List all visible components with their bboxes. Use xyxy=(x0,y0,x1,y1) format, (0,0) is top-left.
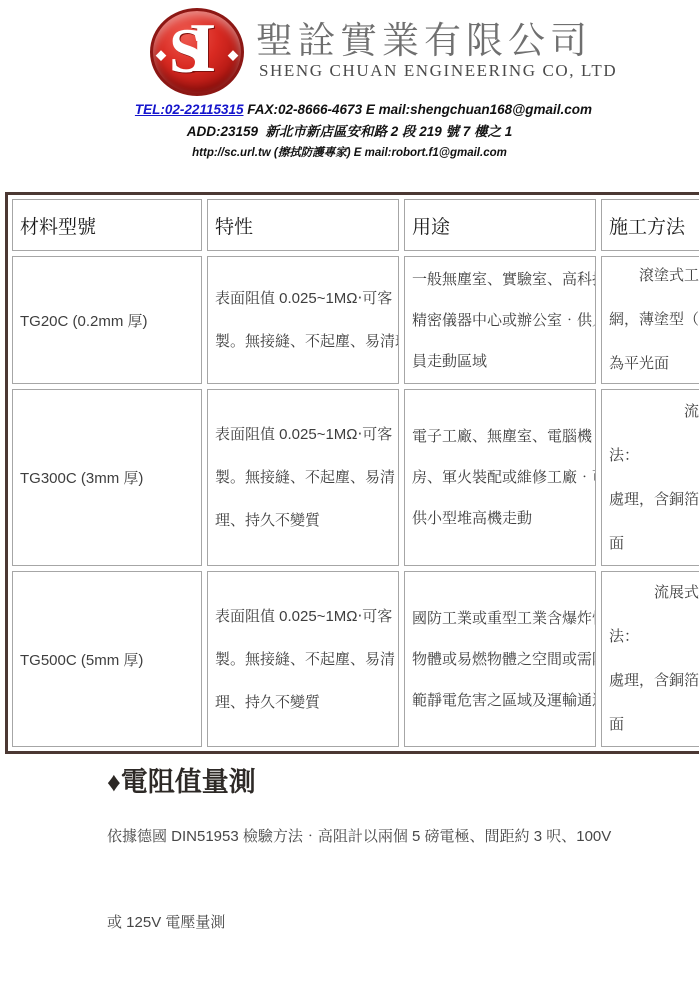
contact-line-website: http://sc.url.tw (擦拭防護專家) E mail:robort.… xyxy=(0,144,699,160)
table-row-tg300c-model: TG300C (3mm 厚) xyxy=(12,389,202,566)
method-value: 流展式工 法： 處理，含銅箔網（一般 面 xyxy=(609,390,699,566)
column-header-construction-method: 施工方法 xyxy=(601,199,699,251)
resistance-measurement-heading: ♦電阻值量測 xyxy=(107,760,256,799)
company-name-chinese: 聖詮實業有限公司 xyxy=(256,10,592,64)
feature-value: 表面阻值 0.025~1MΩ‧可客 製。無接縫、不起塵、易清 理、持久不變質 xyxy=(215,595,395,724)
logo-letter-i: I xyxy=(189,9,216,89)
company-name-english: SHENG CHUAN ENGINEERING CO, LTD xyxy=(259,61,617,81)
column-header-label: 特性 xyxy=(215,212,253,239)
method-value: 流展式工法 法： 處理，含銅箔網（一般 面 xyxy=(609,571,699,747)
contact-block: TEL:02-22115315 FAX:02-8666-4673 E mail:… xyxy=(0,102,699,160)
contact-line-tel-fax-email: TEL:02-22115315 FAX:02-8666-4673 E mail:… xyxy=(0,102,699,117)
column-header-label: 用途 xyxy=(412,212,450,239)
usage-value: 國防工業或重型工業含爆炸性 物體或易燃物體之空間或需防 範靜電危害之區域及運輸通… xyxy=(412,598,596,721)
column-header-label: 材料型號 xyxy=(20,212,96,239)
table-row-tg500c-model: TG500C (5mm 厚) xyxy=(12,571,202,747)
contact-line-address: ADD:23159 新北市新店區安和路 2 段 219 號 7 樓之 1 xyxy=(0,120,699,140)
feature-value: 表面阻值 0.025~1MΩ‧可客 製。無接縫、不起塵、易清 理、持久不變質 xyxy=(215,413,395,542)
feature-value: 表面阻值 0.025~1MΩ‧可客 製。無接縫、不起塵、易清理 xyxy=(215,277,399,363)
company-logo: ◆ S I ◆ xyxy=(150,8,244,96)
column-header-characteristics: 特性 xyxy=(207,199,399,251)
table-row-tg20c-model: TG20C (0.2mm 厚) xyxy=(12,256,202,384)
column-header-usage: 用途 xyxy=(404,199,596,251)
fax-email-text: FAX:02-8666-4673 E mail:shengchuan168@gm… xyxy=(244,102,593,117)
method-value: 滾塗式工法：地面處理，含銅箔 網，薄塗型（一般型） 為平光面 xyxy=(609,256,699,384)
table-row-tg300c-feature: 表面阻值 0.025~1MΩ‧可客 製。無接縫、不起塵、易清 理、持久不變質 xyxy=(207,389,399,566)
table-row-tg500c-usage: 國防工業或重型工業含爆炸性 物體或易燃物體之空間或需防 範靜電危害之區域及運輸通… xyxy=(404,571,596,747)
table-row-tg300c-method: 流展式工 法： 處理，含銅箔網（一般 面 xyxy=(601,389,699,566)
model-value: TG500C (5mm 厚) xyxy=(20,649,143,670)
logo-diamond-right-icon: ◆ xyxy=(228,47,238,63)
logo-diamond-left-icon: ◆ xyxy=(156,47,166,63)
model-value: TG300C (3mm 厚) xyxy=(20,467,143,488)
table-row-tg20c-method: 滾塗式工法：地面處理，含銅箔 網，薄塗型（一般型） 為平光面 xyxy=(601,256,699,384)
table-row-tg500c-feature: 表面阻值 0.025~1MΩ‧可客 製。無接縫、不起塵、易清 理、持久不變質 xyxy=(207,571,399,747)
table-row-tg300c-usage: 電子工廠、無塵室、電腦機 房、軍火裝配或維修工廠‧可 供小型堆高機走動 xyxy=(404,389,596,566)
usage-value: 一般無塵室、實驗室、高科技 精密儀器中心或辦公室‧供人 員走動區域 xyxy=(412,259,596,382)
resistance-measurement-body: 依據德國 DIN51953 檢驗方法‧高阻計以兩個 5 磅電極、間距約 3 呎、… xyxy=(107,815,611,944)
table-row-tg20c-usage: 一般無塵室、實驗室、高科技 精密儀器中心或辦公室‧供人 員走動區域 xyxy=(404,256,596,384)
column-header-material-model: 材料型號 xyxy=(12,199,202,251)
model-value: TG20C (0.2mm 厚) xyxy=(20,310,148,331)
material-spec-table: 材料型號 特性 用途 施工方法 TG20C (0.2mm 厚) 表面阻值 0.0… xyxy=(5,192,699,754)
table-row-tg20c-feature: 表面阻值 0.025~1MΩ‧可客 製。無接縫、不起塵、易清理 xyxy=(207,256,399,384)
tel-link[interactable]: TEL:02-22115315 xyxy=(135,102,244,117)
column-header-label: 施工方法 xyxy=(609,212,685,239)
table-row-tg500c-method: 流展式工法 法： 處理，含銅箔網（一般 面 xyxy=(601,571,699,747)
usage-value: 電子工廠、無塵室、電腦機 房、軍火裝配或維修工廠‧可 供小型堆高機走動 xyxy=(412,416,596,539)
